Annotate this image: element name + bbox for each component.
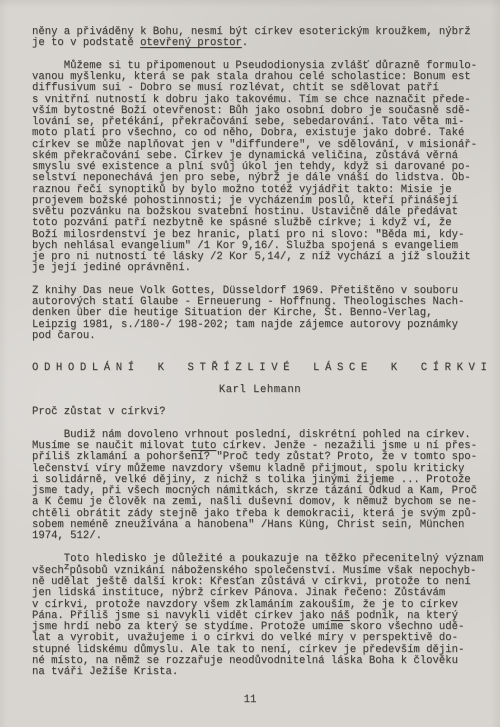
page-number: 11 [0,694,500,706]
paragraph: Toto hledisko je důležité a poukazuje na… [32,554,488,679]
text-line: je její jediné oprávnění. [32,263,488,274]
text-line: 1974, 512/. [32,531,488,542]
text-line: pod čarou. [32,331,488,342]
author-line: Karl Lehmann [32,385,488,396]
text-area: něny a přiváděny k Bohu, nesmí být círke… [32,27,488,678]
text-line: Leipzig 1981, s./180-/ 198-202; tam najd… [32,320,488,331]
footnote-paragraph: Z knihy Das neue Volk Gottes, Düsseldorf… [32,286,488,342]
paragraph: Můžeme si tu připomenout u Pseudodionysi… [32,61,488,275]
scanned-page: něny a přiváděny k Bohu, nesmí být círke… [0,0,500,727]
text-line: je to v podstatě otevřený prostor. [32,38,488,49]
subheading-question: Proč zůstat v církvi? [32,407,488,418]
continuation-paragraph: něny a přiváděny k Bohu, nesmí být círke… [32,27,488,50]
section-title: ODHODLÁNÍ K STŘÍZLIVÉ LÁSCE K CÍRKVI [32,363,488,374]
paragraph: Budiž nám dovoleno vrhnout poslední, dis… [32,430,488,543]
text-line: Toto hledisko je důležité a poukazuje na… [32,554,488,565]
text-line: na tváři Ježíše Krista. [32,667,488,678]
